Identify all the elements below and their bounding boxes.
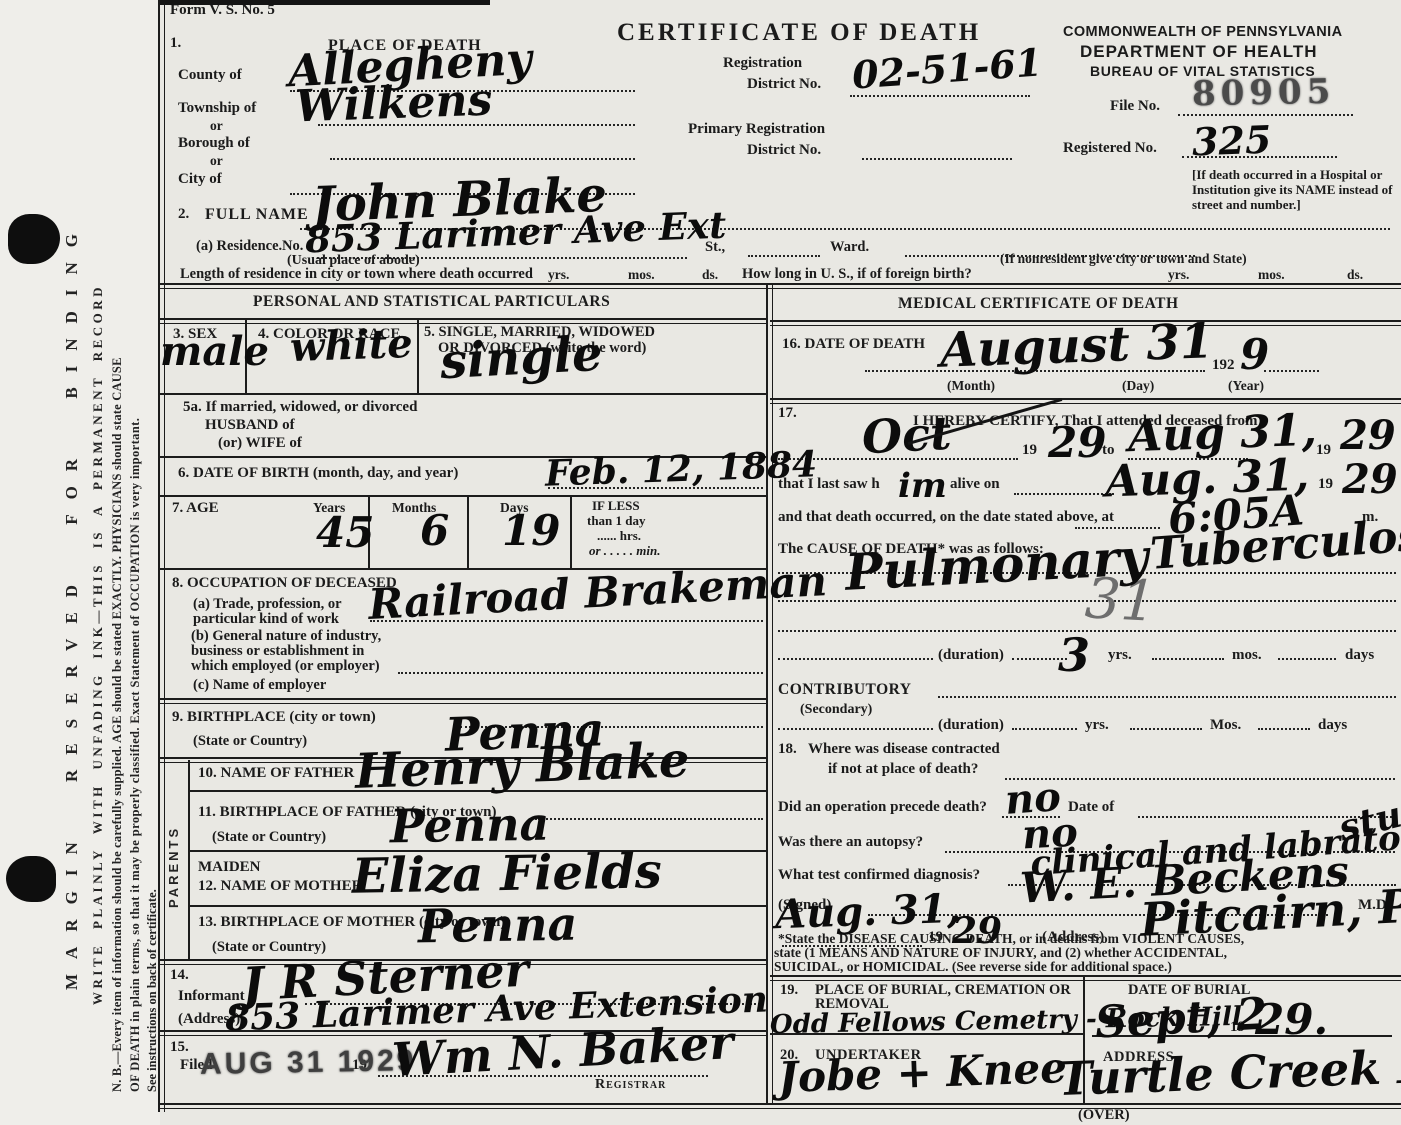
dob-label: 6. DATE OF BIRTH (month, day, and year) — [178, 466, 458, 482]
occupation-c: (c) Name of employer — [193, 678, 326, 693]
item18-number: 18. — [778, 742, 797, 758]
dotted-line — [1258, 728, 1310, 730]
row-rule — [160, 393, 766, 395]
date-of-death-value: August 31 — [939, 313, 1214, 379]
left-border — [158, 0, 165, 1112]
age-days-value: 19 — [502, 506, 560, 555]
disease-contracted-line2: if not at place of death? — [828, 762, 978, 778]
dotted-line — [862, 158, 1012, 160]
ink-blot-bottom — [6, 856, 56, 902]
township-value: Wilkens — [294, 75, 493, 133]
from-year-hw: 29 — [1048, 418, 1106, 467]
county-label: County of — [178, 68, 242, 84]
row-rule — [770, 398, 1401, 404]
father-value: Henry Blake — [354, 732, 690, 800]
dotted-line — [1178, 114, 1353, 116]
birthplace-label: 9. BIRTHPLACE (city or town) — [172, 710, 376, 726]
ds-label-1: ds. — [702, 268, 718, 282]
primary-registration-label: Primary Registration — [688, 122, 825, 138]
sex-value: male — [160, 328, 269, 375]
dotted-line — [1278, 658, 1336, 660]
form-number: Form V. S. No. 5 — [170, 3, 275, 19]
cell-border — [417, 318, 419, 393]
duration-value: 3 — [1058, 628, 1090, 682]
registration-district-label: District No. — [747, 77, 821, 93]
if-less-note-2: than 1 day — [587, 514, 646, 528]
mother-label: 12. NAME OF MOTHER — [198, 879, 362, 895]
duration-mos: mos. — [1232, 648, 1262, 664]
or-label-1: or — [210, 119, 223, 133]
disease-contracted-line1: Where was disease contracted — [808, 742, 1000, 758]
if-less-note-3: ...... hrs. — [597, 529, 641, 543]
township-label: Township of — [178, 101, 256, 117]
dotted-line — [1014, 493, 1114, 495]
primary-district-label: District No. — [747, 143, 821, 159]
item1-number: 1. — [170, 36, 181, 52]
lastsaw-year-printed: 19 — [1318, 477, 1333, 493]
duration2-mos: Mos. — [1210, 718, 1241, 734]
maiden-label: MAIDEN — [198, 860, 261, 876]
lastsaw-suffix: alive on — [950, 477, 1000, 493]
cell-border — [570, 495, 572, 568]
registration-district-value: 02-51-61 — [851, 39, 1044, 97]
item2-number: 2. — [178, 207, 189, 223]
marital-value: single — [439, 326, 604, 390]
row-rule — [160, 495, 766, 497]
full-name-label: FULL NAME — [205, 207, 309, 224]
howlong-label: How long in U. S., if of foreign birth? — [742, 267, 972, 282]
from-year-printed: 19 — [1022, 443, 1037, 459]
to-year-printed: 19 — [1316, 443, 1331, 459]
over-label: (OVER) — [1078, 1108, 1130, 1123]
footnote-line3: SUICIDAL, or HOMICIDAL. (See reverse sid… — [774, 960, 1172, 974]
dotted-line — [535, 818, 763, 820]
margin-note-permanent: WRITE PLAINLY WITH UNFADING INK—THIS IS … — [90, 40, 106, 1005]
margin-note-nb2: OF DEATH in plain terms, so that it may … — [128, 87, 143, 1092]
father-birthplace-sub: (State or Country) — [212, 830, 326, 845]
contributory-label: CONTRIBUTORY — [778, 682, 912, 698]
item5a-line2: HUSBAND of — [205, 418, 295, 434]
personal-heading: PERSONAL AND STATISTICAL PARTICULARS — [253, 294, 610, 310]
occupation-a2: particular kind of work — [193, 612, 339, 627]
department-heading: DEPARTMENT OF HEALTH — [1080, 43, 1318, 61]
item15-number: 15. — [170, 1040, 189, 1056]
occurred-text: and that death occurred, on the date sta… — [778, 510, 1114, 526]
sign-year-hw: 29 — [952, 910, 1002, 952]
personal-heading-rule — [160, 318, 766, 324]
or-label-2: or — [210, 154, 223, 168]
lastsaw-year-hw: 29 — [1342, 456, 1398, 503]
burial-year-hw: 29. — [1255, 995, 1328, 1044]
file-no-stamp: 80905 — [1192, 72, 1336, 114]
dotted-line — [330, 158, 635, 160]
dotted-line — [778, 658, 933, 660]
age-label: 7. AGE — [172, 501, 219, 517]
registered-no-label: Registered No. — [1063, 141, 1157, 157]
mos-label-1: mos. — [628, 268, 655, 282]
row-rule — [160, 698, 766, 704]
burial-section-rule — [770, 975, 1401, 981]
filed-date-stamp: AUG 31 1929 — [200, 1044, 417, 1082]
race-value: white — [289, 320, 413, 371]
yrs-label-1: yrs. — [548, 268, 569, 282]
registered-no-value: 325 — [1191, 117, 1272, 165]
dotted-line — [1005, 778, 1395, 780]
father-label: 10. NAME OF FATHER — [198, 766, 354, 782]
item14-number: 14. — [170, 968, 189, 984]
occupation-label: 8. OCCUPATION OF DECEASED — [172, 576, 397, 592]
margin-note-nb1: N. B.—Every item of information should b… — [110, 57, 125, 1092]
dob-value: Feb. 12, 1884 — [544, 443, 817, 494]
medical-heading: MEDICAL CERTIFICATE OF DEATH — [898, 296, 1179, 312]
ink-blot-top — [8, 214, 60, 264]
autopsy-label: Was there an autopsy? — [778, 835, 923, 851]
ward-label: Ward. — [830, 240, 869, 255]
duration-label: (duration) — [938, 648, 1004, 664]
residence-label: (a) Residence. — [196, 239, 282, 254]
top-edge-smear — [160, 0, 490, 5]
borough-label: Borough of — [178, 136, 250, 152]
occupation-b3: which employed (or employer) — [191, 659, 380, 674]
undertaker-value: Jobe + Knee — [777, 1043, 1067, 1102]
death-certificate-scan: MARGIN RESERVED FOR BINDING WRITE PLAINL… — [0, 0, 1401, 1125]
dotted-line — [778, 728, 933, 730]
mos-label-2: mos. — [1258, 268, 1285, 282]
dotted-line — [1012, 728, 1077, 730]
registration-label: Registration — [723, 56, 802, 72]
dotted-line — [748, 255, 820, 257]
cell-border — [467, 495, 469, 568]
operation-label: Did an operation precede death? — [778, 800, 987, 816]
header-divider — [160, 283, 1401, 289]
item5a-line1: 5a. If married, widowed, or divorced — [183, 400, 417, 416]
dod-year-hw: 9 — [1240, 330, 1269, 379]
date-of-burial-value: Sept, 2 — [1094, 989, 1269, 1049]
day-note: (Day) — [1122, 379, 1154, 393]
hospital-note: [If death occurred in a Hospital or Inst… — [1192, 167, 1398, 212]
lastsaw-him: im — [898, 466, 947, 506]
ds-label-2: ds. — [1347, 268, 1363, 282]
age-years-value: 45 — [316, 508, 374, 557]
bottom-border — [160, 1103, 1401, 1109]
dotted-line — [1130, 728, 1202, 730]
to-year-hw: 29 — [1340, 412, 1396, 459]
item5a-line3: (or) WIFE of — [218, 436, 302, 452]
age-months-value: 6 — [420, 506, 449, 555]
mother-value: Eliza Fields — [352, 843, 663, 904]
item17-number: 17. — [778, 406, 797, 422]
year-note: (Year) — [1228, 379, 1264, 393]
dotted-line — [905, 255, 1195, 257]
margin-note-binding: MARGIN RESERVED FOR BINDING — [62, 10, 82, 990]
secondary-label: (Secondary) — [800, 703, 872, 718]
month-note: (Month) — [947, 379, 995, 393]
length-residence-label: Length of residence in city or town wher… — [180, 267, 533, 282]
certificate-title: CERTIFICATE OF DEATH — [617, 20, 981, 47]
birthplace-sub: (State or Country) — [193, 734, 307, 749]
commonwealth-heading: COMMONWEALTH OF PENNSYLVANIA — [1063, 25, 1342, 40]
duration2-label: (duration) — [938, 718, 1004, 734]
dod-year-printed: 192 — [1212, 358, 1235, 374]
if-less-note-4: or . . . . . min. — [589, 544, 661, 558]
test-label: What test confirmed diagnosis? — [778, 868, 980, 884]
city-label: City of — [178, 172, 222, 188]
dotted-line — [1264, 370, 1319, 372]
duration2-yrs: yrs. — [1085, 718, 1109, 734]
date-of-death-label: 16. DATE OF DEATH — [782, 337, 925, 353]
item19-number: 19. — [780, 983, 798, 998]
file-no-label: File No. — [1110, 99, 1160, 115]
duration2-days: days — [1318, 718, 1347, 734]
if-less-note-1: IF LESS — [592, 499, 640, 513]
dotted-line — [1152, 658, 1224, 660]
occupation-value: Railroad Brakeman — [367, 556, 828, 629]
duration-days: days — [1345, 648, 1374, 664]
yrs-label-2: yrs. — [1168, 268, 1189, 282]
duration-yrs: yrs. — [1108, 648, 1132, 664]
sign-date-value: Aug. 31, — [774, 885, 961, 938]
dotted-line — [398, 672, 763, 674]
registrar-label: Registrar — [595, 1078, 666, 1093]
dotted-line — [938, 696, 1396, 698]
parents-label: PARENTS — [166, 778, 181, 908]
